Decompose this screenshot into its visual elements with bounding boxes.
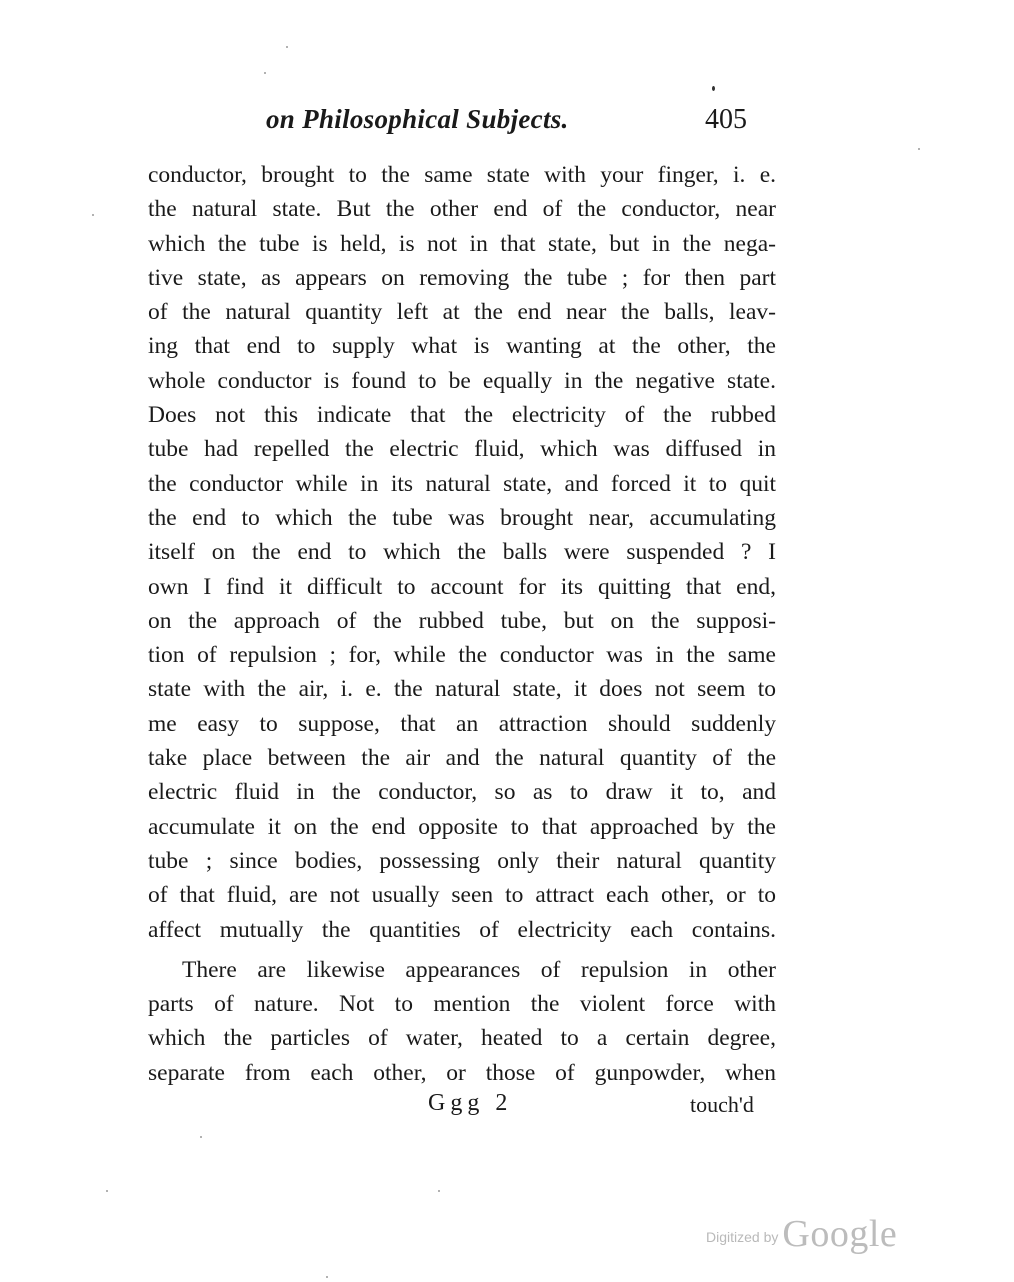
text-line: own I find it difficult to account for i… bbox=[148, 570, 776, 604]
text-line: ing that end to supply what is wanting a… bbox=[148, 329, 776, 363]
text-line: whole conductor is found to be equally i… bbox=[148, 364, 776, 398]
text-line: There are likewise appearances of repuls… bbox=[148, 953, 776, 987]
digitized-watermark: Digitized by Google bbox=[706, 1212, 897, 1256]
text-line: the conductor while in its natural state… bbox=[148, 467, 776, 501]
text-line: conductor, brought to the same state wit… bbox=[148, 158, 776, 192]
text-line: tube ; since bodies, possessing only the… bbox=[148, 844, 776, 878]
scan-speck bbox=[200, 1136, 202, 1138]
page-number: 405 bbox=[705, 104, 747, 136]
paragraph-1: conductor, brought to the same state wit… bbox=[148, 158, 776, 947]
text-line: parts of nature. Not to mention the viol… bbox=[148, 987, 776, 1021]
text-line: take place between the air and the natur… bbox=[148, 741, 776, 775]
paragraph-2: There are likewise appearances of repuls… bbox=[148, 953, 776, 1090]
text-line: on the approach of the rubbed tube, but … bbox=[148, 604, 776, 638]
text-line: itself on the end to which the balls wer… bbox=[148, 535, 776, 569]
scan-speck bbox=[106, 1190, 108, 1192]
text-line: of the natural quantity left at the end … bbox=[148, 295, 776, 329]
signature-mark: Ggg 2 bbox=[428, 1090, 512, 1117]
text-line: separate from each other, or those of gu… bbox=[148, 1056, 776, 1090]
text-line: the natural state. But the other end of … bbox=[148, 192, 776, 226]
book-page: on Philosophical Subjects. 405 conductor… bbox=[0, 0, 1014, 1282]
text-line: which the particles of water, heated to … bbox=[148, 1021, 776, 1055]
scan-speck bbox=[712, 86, 715, 91]
text-line: tive state, as appears on removing the t… bbox=[148, 261, 776, 295]
body-text: conductor, brought to the same state wit… bbox=[148, 158, 776, 1090]
scan-speck bbox=[264, 72, 266, 74]
running-title: on Philosophical Subjects. bbox=[266, 104, 569, 135]
text-line: affect mutually the quantities of electr… bbox=[148, 913, 776, 947]
text-line: me easy to suppose, that an attraction s… bbox=[148, 707, 776, 741]
scan-speck bbox=[286, 46, 288, 48]
text-line: the end to which the tube was brought ne… bbox=[148, 501, 776, 535]
catchword: touch'd bbox=[690, 1092, 754, 1118]
text-line: of that fluid, are not usually seen to a… bbox=[148, 878, 776, 912]
text-line: tube had repelled the electric fluid, wh… bbox=[148, 432, 776, 466]
scan-speck bbox=[326, 1276, 328, 1278]
text-line: Does not this indicate that the electric… bbox=[148, 398, 776, 432]
text-line: tion of repulsion ; for, while the condu… bbox=[148, 638, 776, 672]
text-line: which the tube is held, is not in that s… bbox=[148, 227, 776, 261]
watermark-prefix: Digitized by bbox=[706, 1229, 778, 1245]
scan-speck bbox=[918, 148, 920, 150]
text-line: accumulate it on the end opposite to tha… bbox=[148, 810, 776, 844]
scan-speck bbox=[92, 214, 94, 216]
google-logo: Google bbox=[782, 1213, 897, 1255]
text-line: electric fluid in the conductor, so as t… bbox=[148, 775, 776, 809]
scan-speck bbox=[438, 1190, 440, 1192]
text-line: state with the air, i. e. the natural st… bbox=[148, 672, 776, 706]
